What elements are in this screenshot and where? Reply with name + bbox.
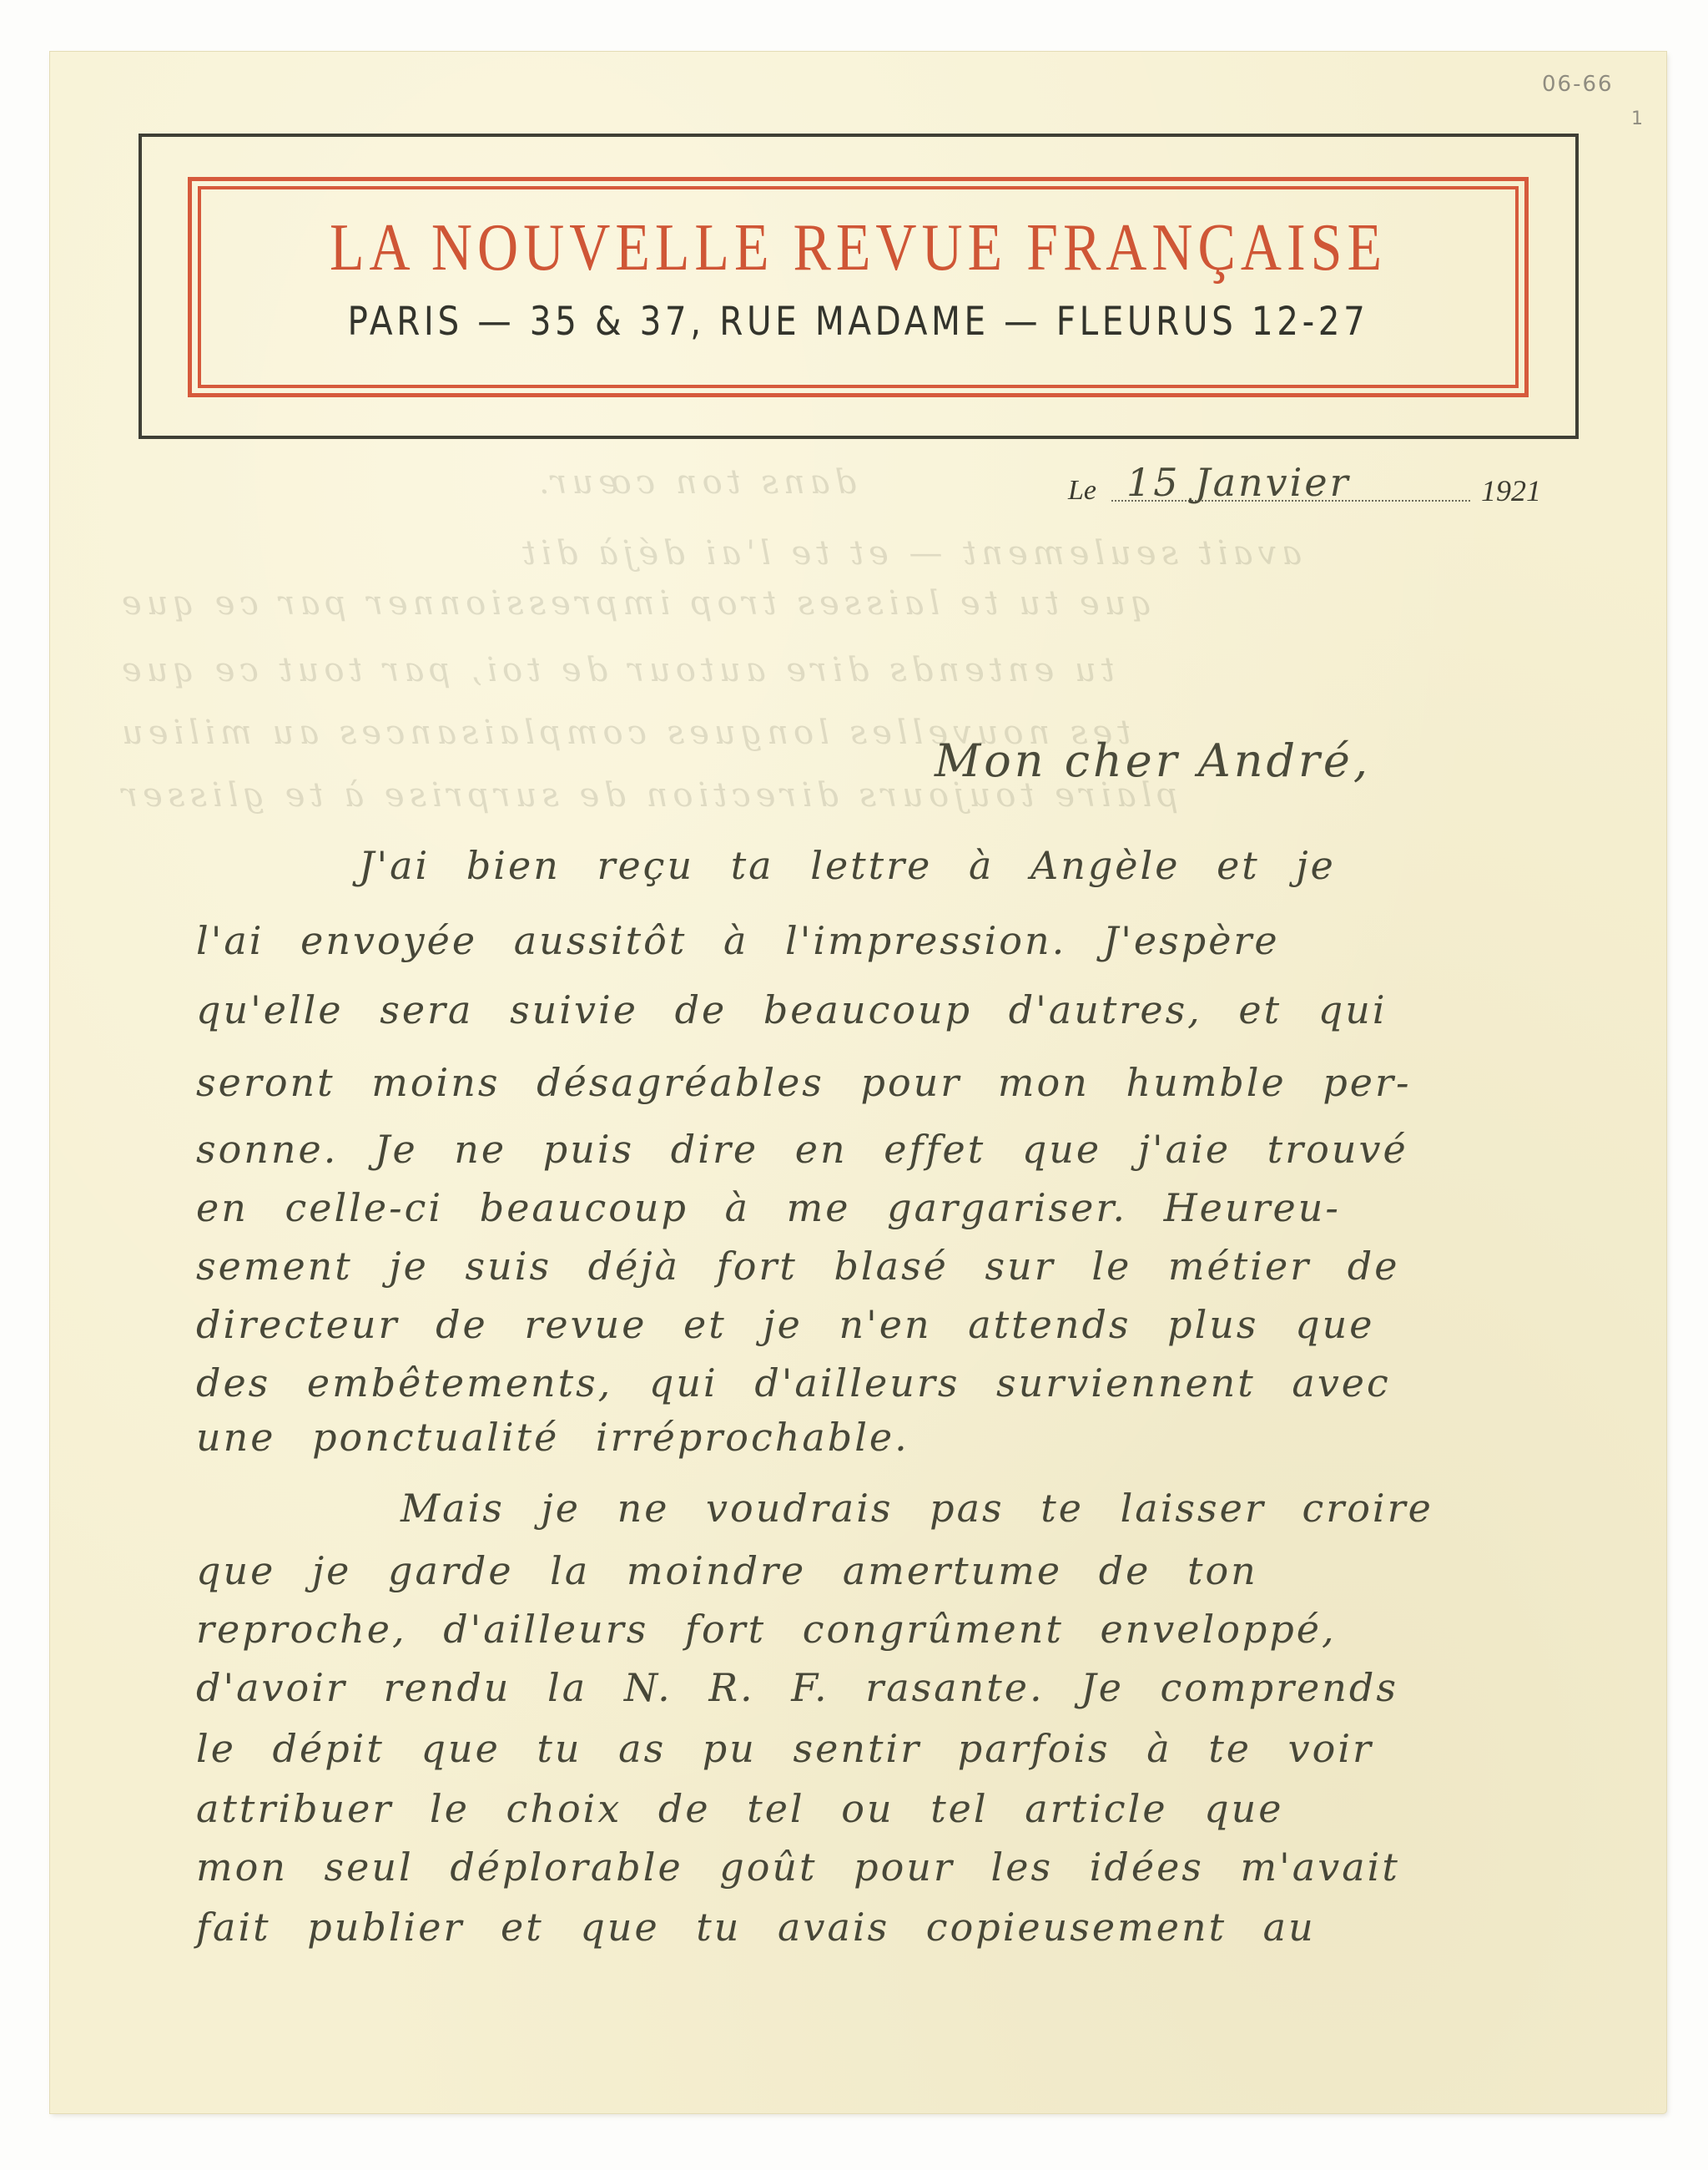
body-line: des embêtements, qui d'ailleurs survienn… [196, 1360, 1648, 1405]
body-line: que je garde la moindre amertume de ton [196, 1548, 1648, 1593]
body-line: l'ai envoyée aussitôt à l'impression. J'… [196, 918, 1648, 963]
body-line: une ponctualité irréprochable. [196, 1415, 1648, 1460]
letterhead-title: LA NOUVELLE REVUE FRANÇAISE [198, 209, 1519, 286]
body-line: sement je suis déjà fort blasé sur le mé… [196, 1244, 1648, 1289]
bleed-through-line: dans ton cœur. [534, 463, 856, 502]
body-line: qu'elle sera suivie de beaucoup d'autres… [196, 987, 1648, 1032]
letterhead-address: PARIS — 35 & 37, RUE MADAME — FLEURUS 12… [250, 299, 1465, 345]
body-line: J'ai bien reçu ta lettre à Angèle et je [359, 843, 1708, 888]
body-line: fait publier et que tu avais copieusemen… [196, 1905, 1648, 1950]
bleed-through-line: que tu te laisses trop impressionner par… [117, 584, 1152, 623]
body-line: mon seul déplorable goût pour les idées … [196, 1844, 1648, 1890]
body-line: reproche, d'ailleurs fort congrûment env… [196, 1607, 1648, 1652]
bleed-through-line: avait seulement — et te l'ai déjà dit [517, 534, 1302, 573]
body-line: seront moins désagréables pour mon humbl… [196, 1060, 1648, 1105]
body-line: le dépit que tu as pu sentir parfois à t… [196, 1726, 1648, 1771]
body-line: en celle-ci beaucoup à me gargariser. He… [196, 1185, 1648, 1230]
archive-page-number: 1 [1631, 108, 1645, 129]
date-year: 1921 [1481, 473, 1541, 508]
date-line: Le 15 Janvier 1921 [1060, 472, 1560, 513]
body-line: d'avoir rendu la N. R. F. rasante. Je co… [196, 1665, 1648, 1710]
body-line: Mais je ne voudrais pas te laisser croir… [401, 1486, 1708, 1531]
body-line: attribuer le choix de tel ou tel article… [196, 1786, 1648, 1831]
archive-reference-code: 06-66 [1542, 72, 1614, 97]
bleed-through-line: tu entends dire autour de toi, par tout … [117, 651, 1115, 689]
salutation: Mon cher André, [935, 734, 1371, 787]
body-line: directeur de revue et je n'en attends pl… [196, 1302, 1648, 1347]
date-day-month: 15 Janvier [1126, 460, 1351, 505]
body-line: sonne. Je ne puis dire en effet que j'ai… [196, 1127, 1648, 1172]
date-prefix: Le [1068, 475, 1096, 507]
